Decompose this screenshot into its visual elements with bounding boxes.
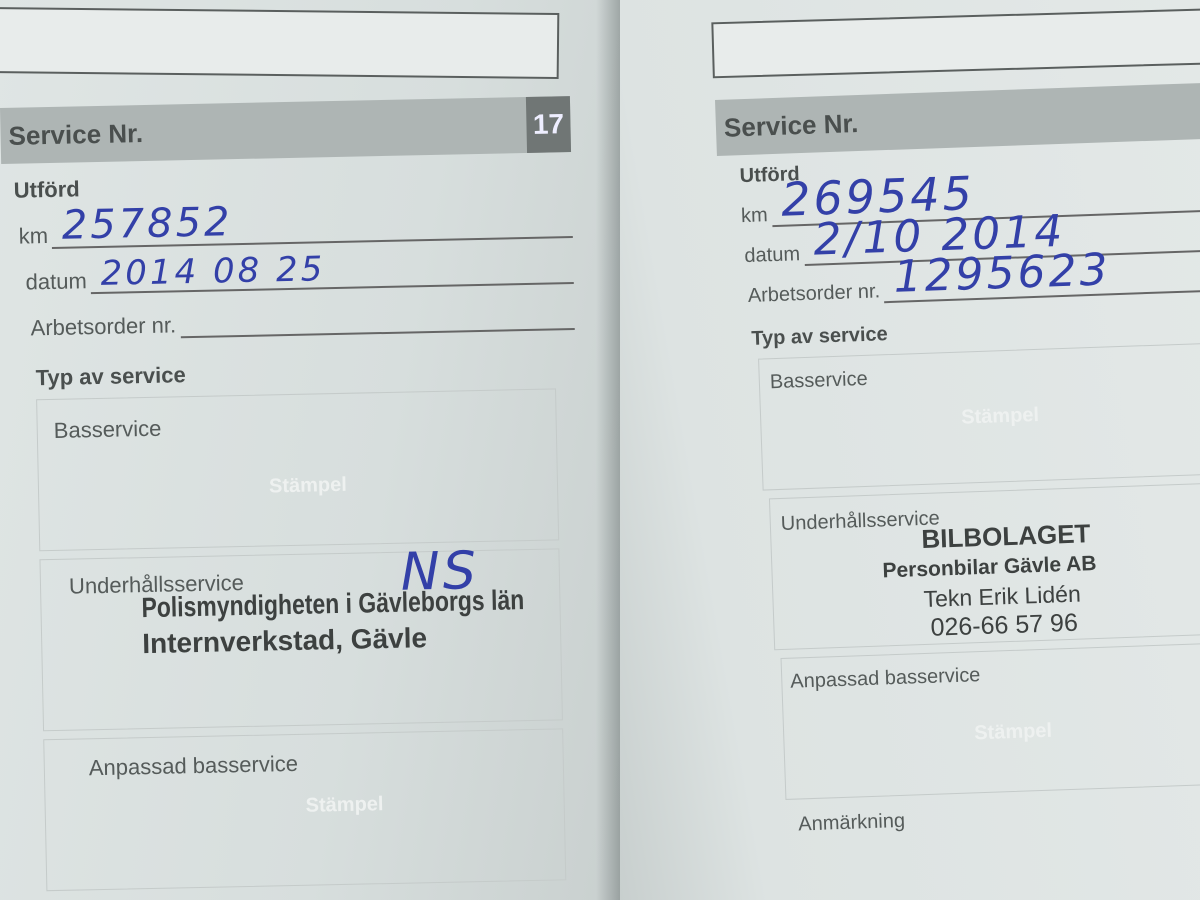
maintenance-service-box: Underhållsservice Polismyndigheten i Gäv… (39, 548, 562, 731)
adapted-service-box: Anpassad basservice Stämpel (781, 643, 1200, 800)
stamp-line-4: 026-66 57 96 (930, 609, 1078, 643)
work-order-label: Arbetsorder nr. (747, 280, 880, 308)
adapted-service-label: Anpassad basservice (89, 745, 563, 781)
left-top-box (0, 7, 559, 79)
km-label: km (18, 223, 48, 250)
stamp-placeholder-2: Stämpel (974, 720, 1053, 746)
work-order-value: 1295623 (893, 244, 1112, 303)
basic-service-label: Basservice (770, 356, 1200, 394)
date-label: datum (25, 268, 87, 295)
adapted-service-box: Anpassad basservice Stämpel (43, 728, 566, 891)
service-number: 17 (526, 96, 571, 153)
basic-service-box: Basservice Stämpel (758, 343, 1200, 490)
stamp-line-1: BILBOLAGET (921, 518, 1091, 555)
km-value: 257852 (61, 199, 233, 249)
stamp-line-2: Internverkstad, Gävle (142, 622, 427, 660)
service-header-right: Service Nr. (715, 82, 1200, 156)
signature: NS (400, 541, 482, 725)
adapted-service-label: Anpassad basservice (790, 656, 1200, 694)
date-value: 2014 08 25 (100, 249, 325, 294)
right-top-box (711, 8, 1200, 79)
work-order-field[interactable] (180, 298, 575, 338)
work-order-field[interactable]: 1295623 (883, 259, 1200, 303)
stamp-placeholder: Stämpel (961, 404, 1040, 430)
service-title: Service Nr. (0, 118, 143, 152)
maintenance-service-box: Underhållsservice BILBOLAGET Personbilar… (769, 483, 1200, 650)
stamp-line-3: Tekn Erik Lidén (923, 581, 1081, 613)
basic-service-box: Basservice Stämpel (36, 388, 559, 551)
service-header-left: Service Nr. 17 (0, 96, 571, 164)
basic-service-label: Basservice (54, 407, 556, 444)
remark-label: Anmärkning (798, 798, 1200, 836)
date-label: datum (744, 243, 800, 268)
right-page: Service Nr. Utförd km269545 datum2/10 20… (620, 0, 1200, 900)
stamp-placeholder: Stämpel (269, 474, 347, 499)
service-title: Service Nr. (715, 108, 858, 144)
stamp-placeholder-2: Stämpel (305, 793, 383, 818)
work-order-label: Arbetsorder nr. (30, 312, 176, 341)
km-label: km (741, 204, 768, 228)
service-type-label: Typ av service (35, 354, 575, 391)
stamp-line-2: Personbilar Gävle AB (882, 552, 1097, 583)
left-page: Service Nr. 17 Utförd km257852 datum2014… (0, 0, 620, 900)
